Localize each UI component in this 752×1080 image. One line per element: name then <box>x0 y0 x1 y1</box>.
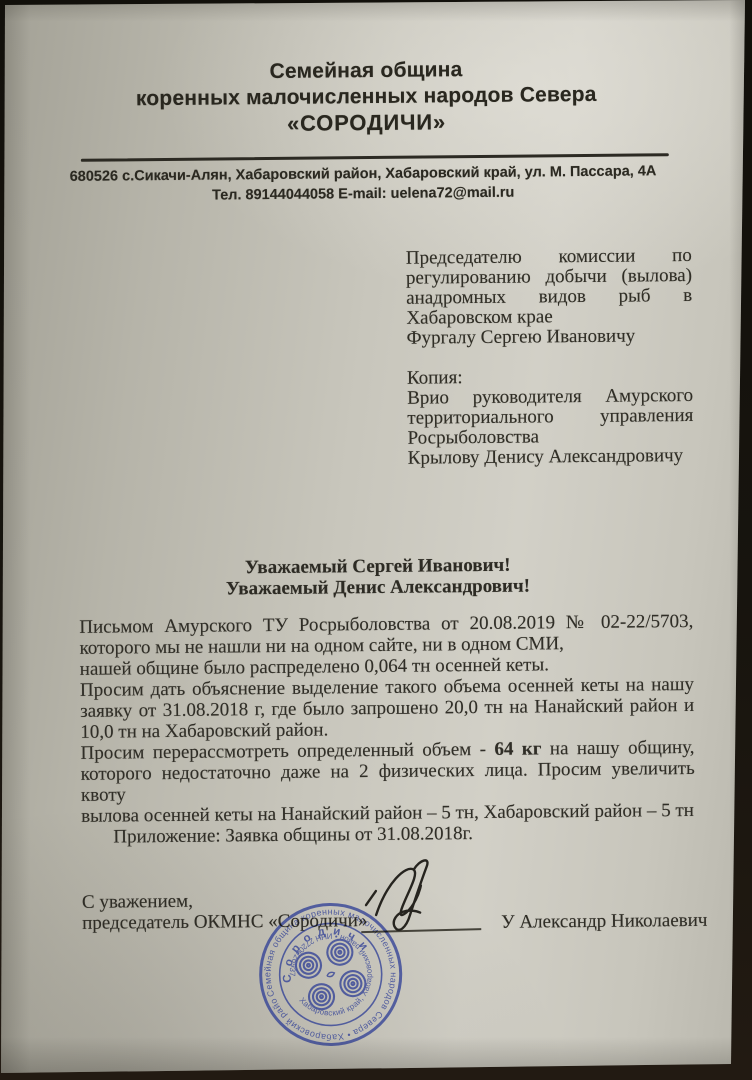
quota-value: 64 кг <box>494 738 541 759</box>
copy-line: территориального управления <box>407 406 693 429</box>
salutation-line2: Уважаемый Денис Александрович! <box>71 574 685 601</box>
letterhead-contacts: 680526 с.Сикачи-Алян, Хабаровский район,… <box>37 161 689 207</box>
attachment-line: Приложение: Заявка общины от 31.08.2018г… <box>81 821 695 848</box>
copy-name: Крылову Денису Александровичу <box>408 446 694 469</box>
recipient-line: анадромных видов рыб в <box>406 286 692 309</box>
recipient-line: Хабаровском крае <box>406 306 692 329</box>
recipient-block: Председателю комиссии по регулированию д… <box>406 246 694 469</box>
body-line: которого недостаточно даже на 2 физическ… <box>81 758 695 806</box>
letterhead: Семейная община коренных малочисленных н… <box>0 55 737 140</box>
handwritten-signature <box>354 852 473 953</box>
page-content: Семейная община коренных малочисленных н… <box>0 0 752 1080</box>
blank-line <box>407 346 693 369</box>
body-text-segment: на нашу общину, <box>541 737 694 759</box>
recipient-name: Фургалу Сергею Ивановичу <box>406 326 692 349</box>
salutation: Уважаемый Сергей Иванович! Уважаемый Ден… <box>71 553 685 601</box>
signer-name: У Александр Николаевич <box>501 910 707 934</box>
letterhead-divider-line <box>81 153 669 162</box>
document-page: Семейная община коренных малочисленных н… <box>0 0 752 1080</box>
photo-of-letter: { "letterhead": { "title_line1": "Семейн… <box>0 0 752 1080</box>
page-edge-marks <box>732 0 752 760</box>
letter-body: Письмом Амурского ТУ Росрыболовства от 2… <box>79 611 695 848</box>
